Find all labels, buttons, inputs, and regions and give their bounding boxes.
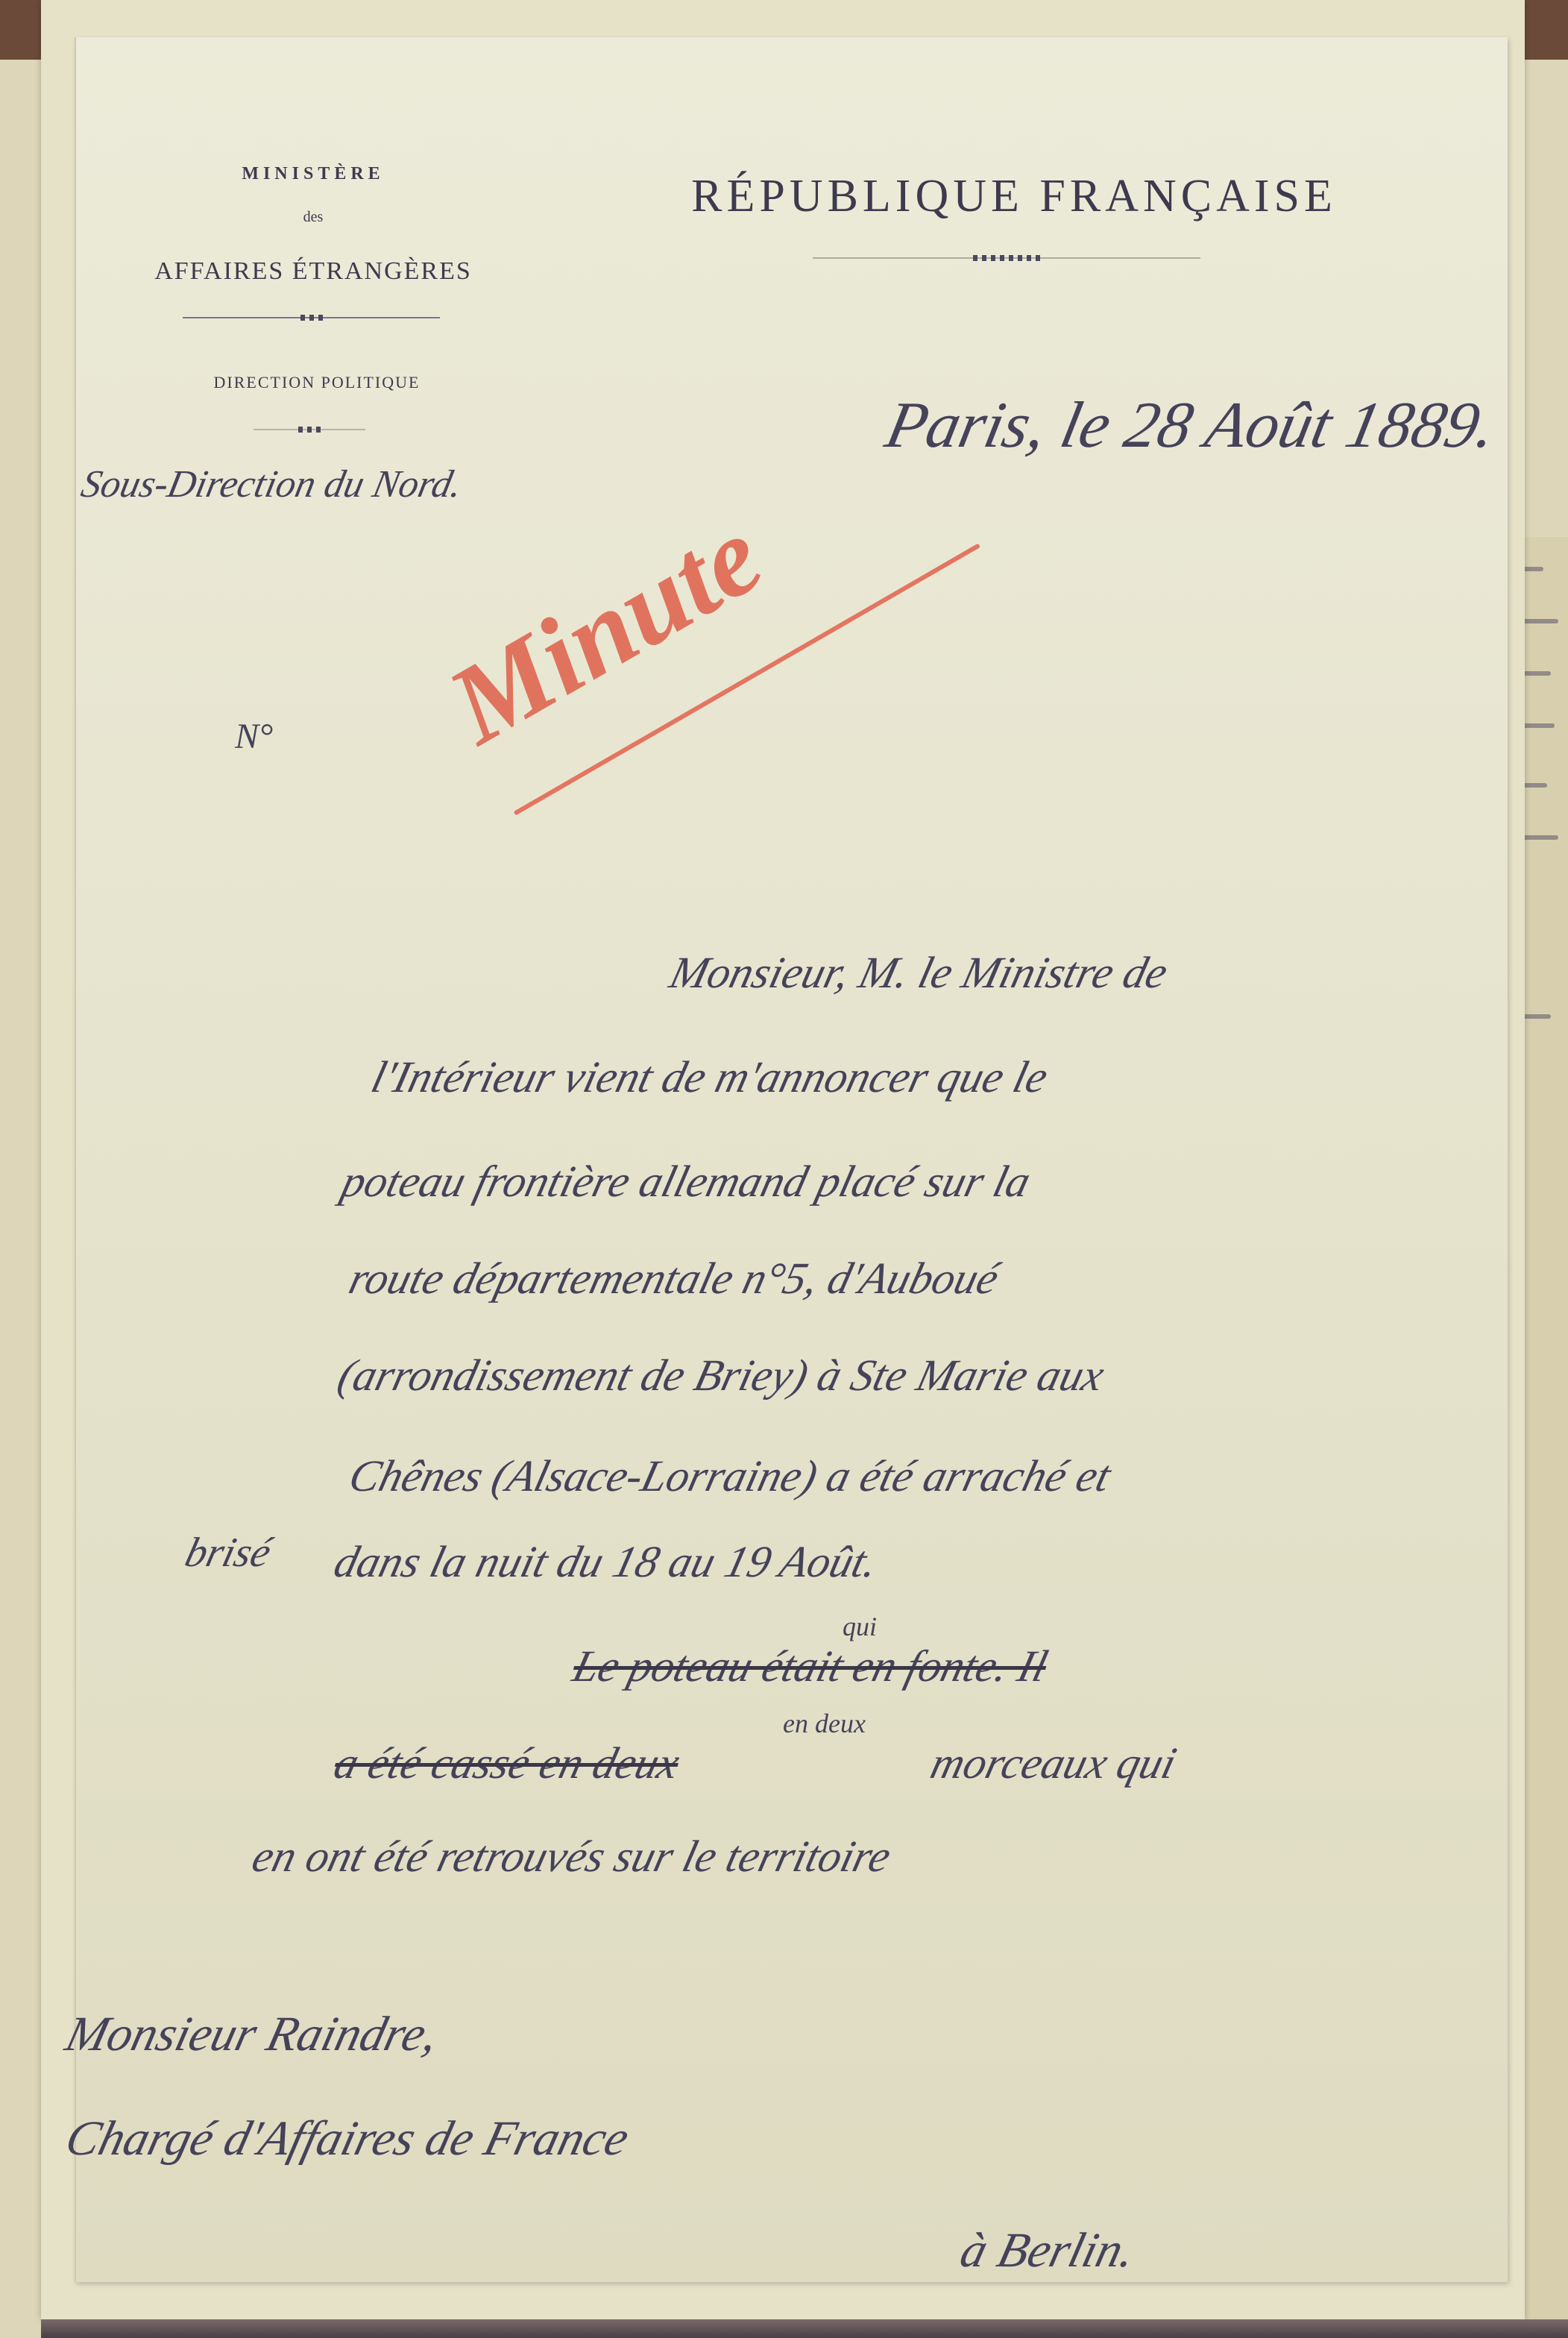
interlinear-correction-1: qui	[843, 1611, 877, 1642]
body-line-8-rest: morceaux qui	[925, 1738, 1181, 1789]
sub-direction: Sous-Direction du Nord.	[78, 462, 466, 506]
letterhead-republique-francaise: RÉPUBLIQUE FRANÇAISE	[641, 170, 1387, 223]
addressee-place: à Berlin.	[955, 2222, 1142, 2279]
republic-divider	[813, 257, 1200, 259]
letterhead-affaires-etrangeres: AFFAIRES ÉTRANGÈRES	[104, 257, 522, 286]
table-edge	[41, 2319, 1568, 2338]
margin-note: brisé	[180, 1529, 276, 1577]
ornament-icon	[298, 427, 321, 433]
addressee-title: Chargé d'Affaires de France	[60, 2111, 635, 2167]
body-line-1: Monsieur, M. le Ministre de	[664, 947, 1173, 999]
body-line-3: poteau frontière allemand placé sur la	[336, 1156, 1036, 1207]
addressee-name: Monsieur Raindre,	[60, 2006, 444, 2063]
body-line-4: route départementale n°5, d'Auboué	[344, 1253, 1004, 1304]
numero-label: N°	[235, 716, 273, 757]
direction-divider	[254, 429, 365, 430]
ornament-icon	[300, 315, 323, 321]
letterhead-direction-politique: DIRECTION POLITIQUE	[149, 373, 485, 392]
body-line-9: en ont été retrouvés sur le territoire	[247, 1831, 895, 1882]
letterhead-divider	[183, 317, 440, 318]
struck-line-1: Le poteau était en fonte. Il	[567, 1641, 1052, 1692]
struck-line-2: a été cassé en deux	[329, 1738, 684, 1789]
body-line-5: (arrondissement de Briey) à Ste Marie au…	[333, 1350, 1109, 1401]
date-line: Paris, le 28 Août 1889.	[879, 388, 1502, 463]
ornament-icon	[973, 255, 1040, 261]
body-line-6: Chênes (Alsace-Lorraine) a été arraché e…	[344, 1451, 1115, 1502]
body-line-2: l'Intérieur vient de m'annoncer que le	[366, 1052, 1053, 1103]
letterhead-des: des	[164, 209, 462, 226]
letterhead-ministere: MINISTÈRE	[164, 164, 462, 184]
interlinear-correction-2: en deux	[783, 1708, 866, 1739]
body-line-7: dans la nuit du 18 au 19 Août.	[329, 1536, 883, 1588]
